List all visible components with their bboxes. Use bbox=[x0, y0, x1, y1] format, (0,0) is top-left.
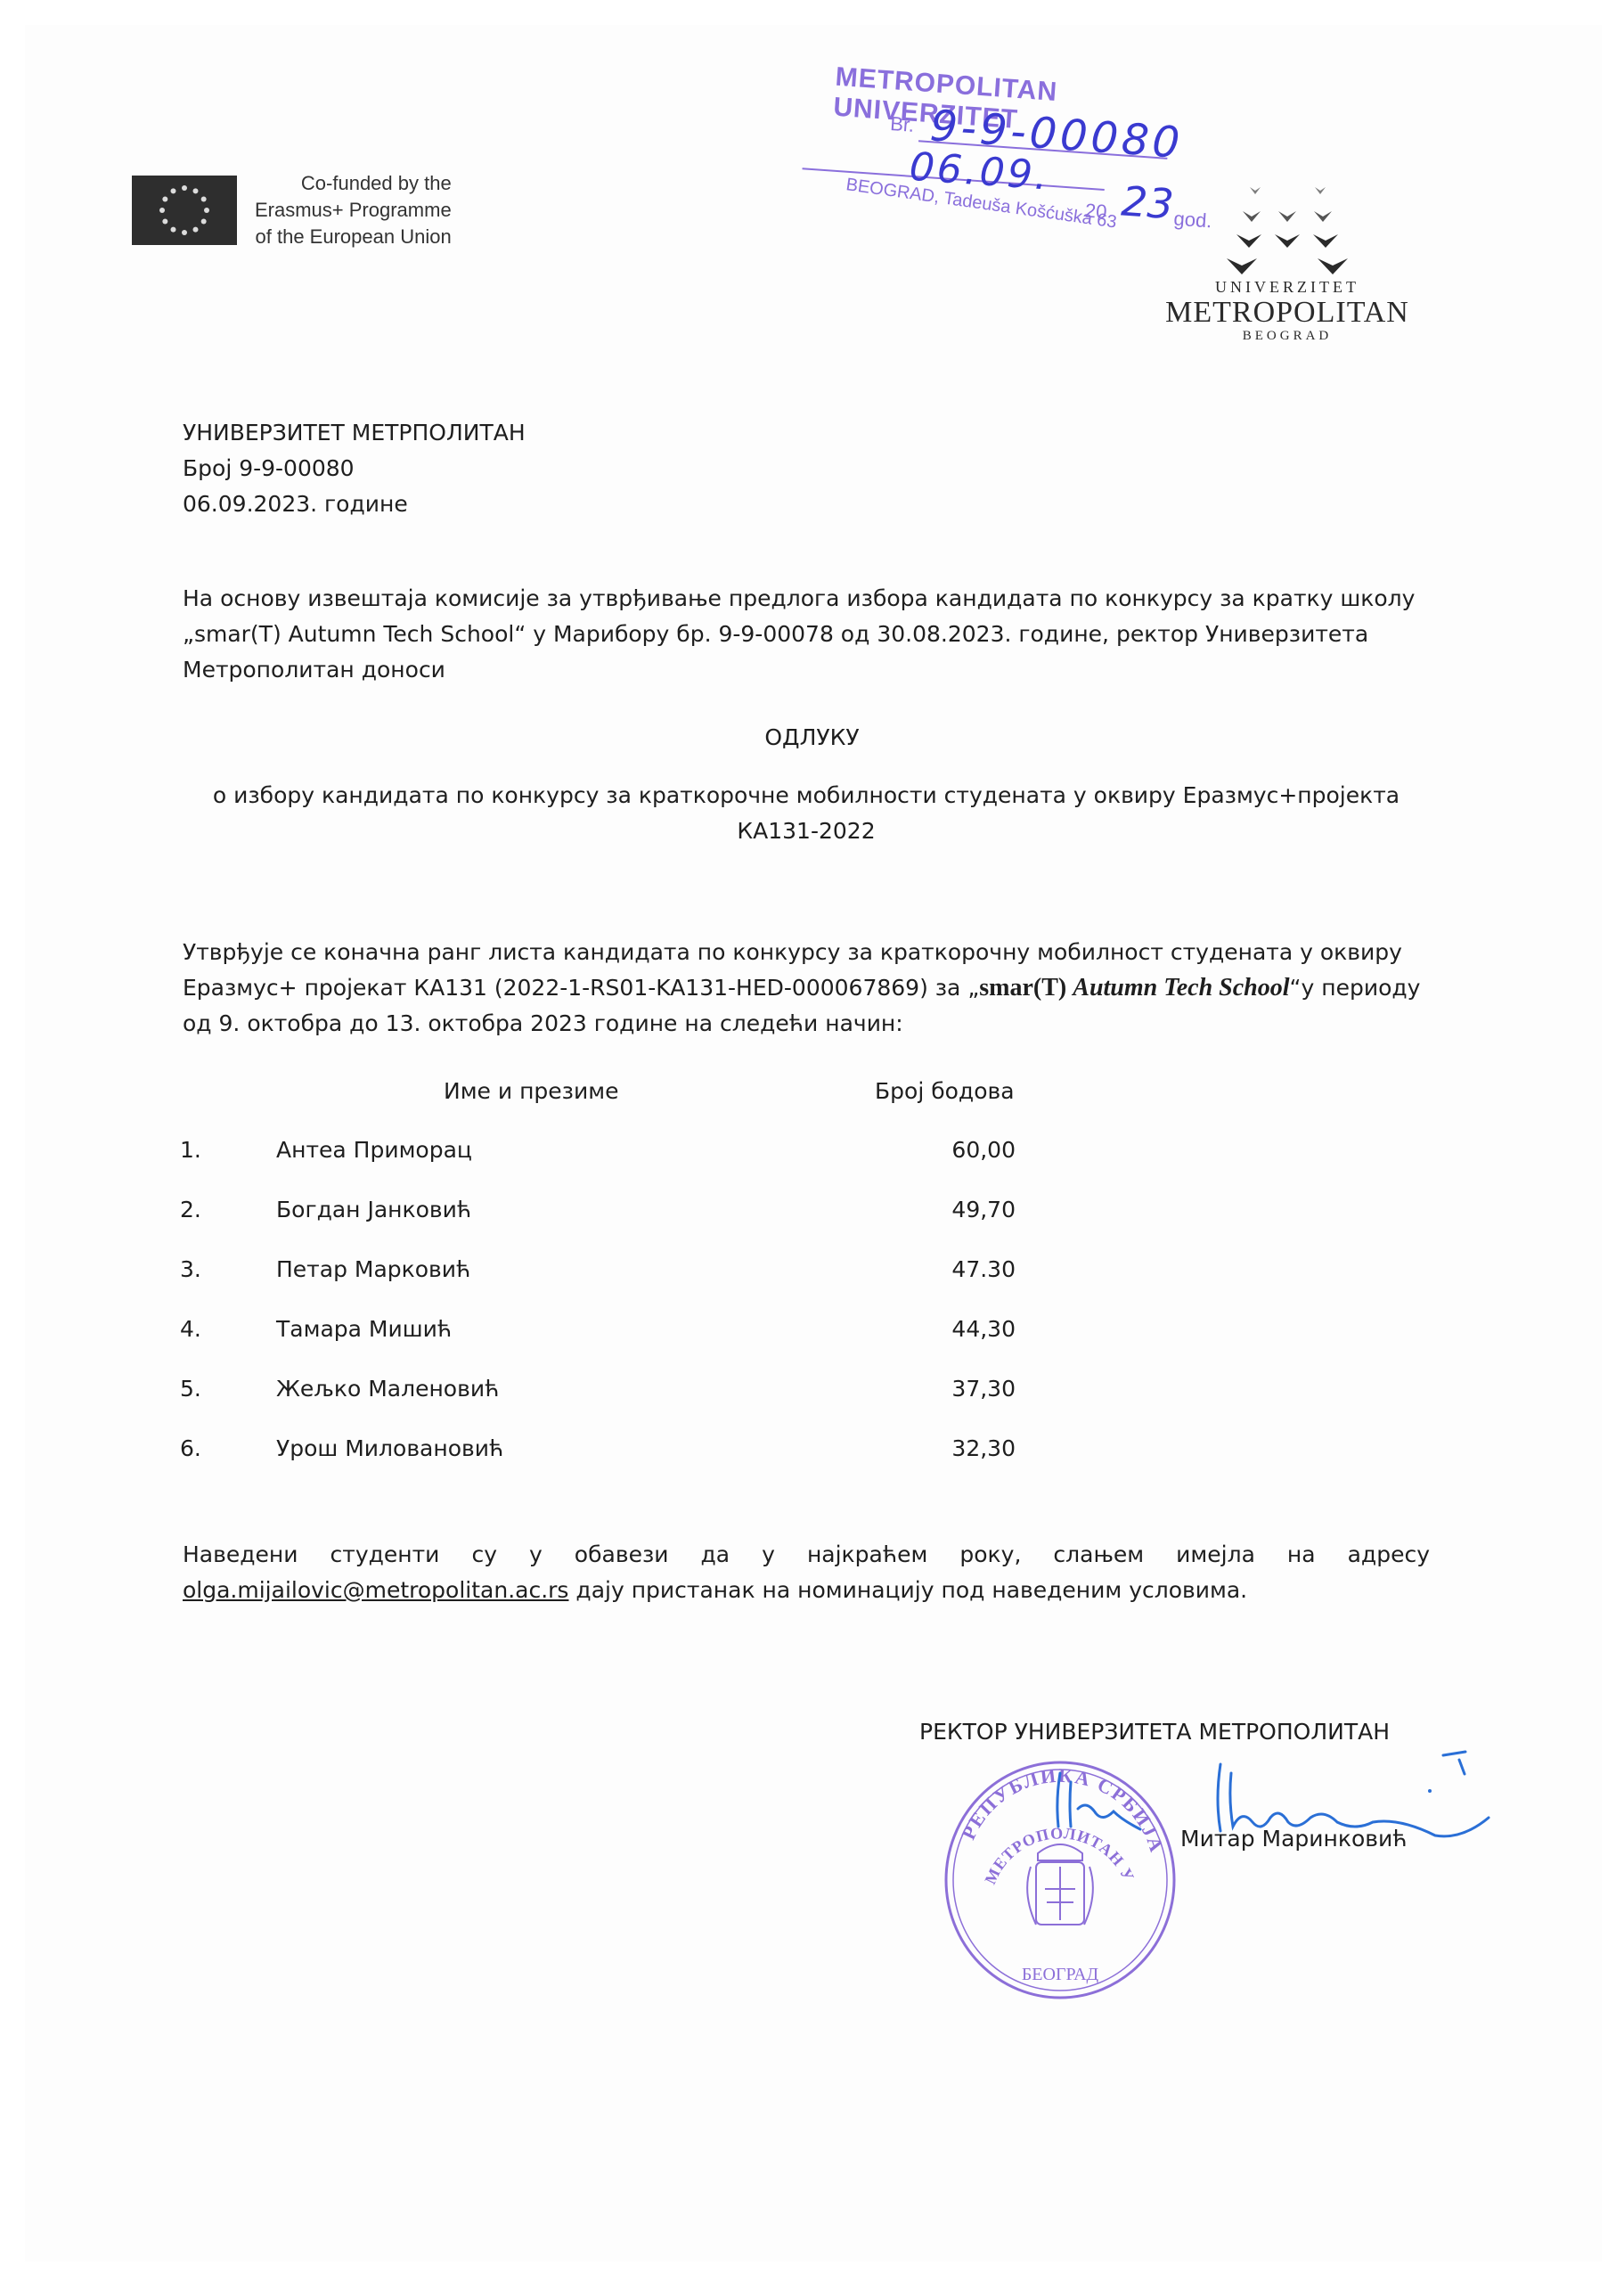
table-row: 3.Петар Марковић47.30 bbox=[178, 1256, 1033, 1316]
logo-line-univerzitet: UNIVERZITET bbox=[1158, 278, 1416, 297]
document-number: Број 9-9-00080 bbox=[183, 451, 526, 486]
candidate-points: 49,70 bbox=[951, 1197, 1016, 1222]
table-row: 5.Жељко Маленовић37,30 bbox=[178, 1376, 1033, 1435]
candidate-points: 32,30 bbox=[951, 1435, 1016, 1461]
rank-number: 6. bbox=[180, 1435, 201, 1461]
svg-text:БЕОГРАД: БЕОГРАД bbox=[1022, 1965, 1099, 1984]
school-name-italic: Autumn Tech School bbox=[1073, 974, 1289, 1002]
candidate-name: Тамара Мишић bbox=[276, 1316, 452, 1342]
candidate-name: Урош Миловановић bbox=[276, 1435, 503, 1461]
institution-name: УНИВЕРЗИТЕТ МЕТРПОЛИТАН bbox=[183, 415, 526, 451]
ranking-table: Име и презиме Број бодова 1.Антеа Примор… bbox=[178, 1078, 1033, 1114]
eu-flag-icon bbox=[132, 176, 237, 245]
candidate-name: Жељко Маленовић bbox=[276, 1376, 499, 1402]
table-row: 6.Урош Миловановић32,30 bbox=[178, 1435, 1033, 1495]
rank-number: 1. bbox=[180, 1137, 201, 1163]
decision-subtitle: о избору кандидата по конкурсу за кратко… bbox=[183, 778, 1430, 849]
logo-line-metropolitan: METROPOLITAN bbox=[1158, 297, 1416, 329]
rector-name: Митар Маринковић bbox=[1180, 1821, 1408, 1857]
table-row: 2.Богдан Јанковић49,70 bbox=[178, 1197, 1033, 1256]
column-header-points: Број бодова bbox=[875, 1078, 1015, 1104]
decision-title: ОДЛУКУ bbox=[0, 720, 1624, 756]
document-date: 06.09.2023. године bbox=[183, 486, 526, 522]
candidate-name: Богдан Јанковић bbox=[276, 1197, 471, 1222]
stamp-number-label: Br. bbox=[889, 112, 915, 137]
rector-title: РЕКТОР УНИВЕРЗИТЕТА МЕТРОПОЛИТАН bbox=[919, 1714, 1390, 1750]
chevrons-logo-icon bbox=[1220, 178, 1354, 276]
candidate-points: 60,00 bbox=[951, 1137, 1016, 1163]
candidate-points: 47.30 bbox=[951, 1256, 1016, 1282]
rank-number: 4. bbox=[180, 1316, 201, 1342]
university-logo: UNIVERZITET METROPOLITAN BEOGRAD bbox=[1158, 178, 1416, 344]
table-row: 4.Тамара Мишић44,30 bbox=[178, 1316, 1033, 1376]
candidate-name: Антеа Приморац bbox=[276, 1137, 472, 1163]
logo-line-beograd: BEOGRAD bbox=[1158, 329, 1416, 344]
serbian-coat-of-arms-icon bbox=[1027, 1844, 1093, 1925]
table-body: 1.Антеа Приморац60,002.Богдан Јанковић49… bbox=[178, 1137, 1033, 1495]
document-header: УНИВЕРЗИТЕТ МЕТРПОЛИТАН Број 9-9-00080 0… bbox=[183, 415, 526, 522]
ranking-paragraph: Утврђује се коначна ранг листа кандидата… bbox=[183, 935, 1430, 1042]
school-name-bold: smar(T) bbox=[979, 974, 1073, 1002]
eu-cofunded-logo: Co-funded by the Erasmus+ Programme of t… bbox=[132, 174, 452, 247]
email-link[interactable]: olga.mijailovic@metropolitan.ac.rs bbox=[183, 1577, 568, 1603]
column-header-name: Име и презиме bbox=[444, 1078, 618, 1104]
table-row: 1.Антеа Приморац60,00 bbox=[178, 1137, 1033, 1197]
eu-cofunded-text: Co-funded by the Erasmus+ Programme of t… bbox=[255, 170, 452, 250]
table-header: Име и презиме Број бодова bbox=[178, 1078, 1033, 1114]
closing-paragraph: Наведени студенти су у обавези да у најк… bbox=[183, 1537, 1430, 1608]
intro-paragraph: На основу извештаја комисије за утврђива… bbox=[183, 581, 1430, 688]
rank-number: 3. bbox=[180, 1256, 201, 1282]
candidate-points: 37,30 bbox=[951, 1376, 1016, 1402]
rank-number: 2. bbox=[180, 1197, 201, 1222]
rank-number: 5. bbox=[180, 1376, 201, 1402]
candidate-points: 44,30 bbox=[951, 1316, 1016, 1342]
candidate-name: Петар Марковић bbox=[276, 1256, 470, 1282]
